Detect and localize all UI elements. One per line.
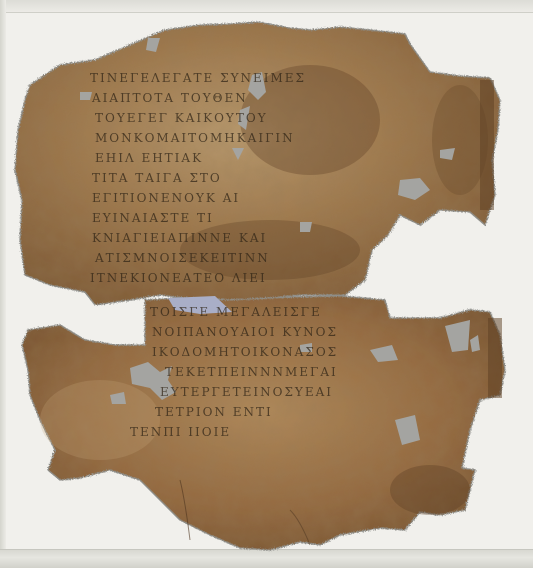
display-frame: ΤΙΝΕΓΕΛΕΓΑΤΕ ΣΥΝΕΙΜΕΣ ΑΙΑΠΤΟΤΑ ΤΟΥΘΕΝ ΤΟ… (0, 0, 533, 568)
svg-text:ΤΟΥΕΓΕΓ ΚΑΙΚΟΥΤΟΥ: ΤΟΥΕΓΕΓ ΚΑΙΚΟΥΤΟΥ (95, 111, 268, 125)
svg-text:ΤΕΤΡΙΟΝ ΕΝΤΙ: ΤΕΤΡΙΟΝ ΕΝΤΙ (155, 405, 273, 419)
svg-text:ΤΙΤΑ ΤΑΙΓΑ ΣΤΟ: ΤΙΤΑ ΤΑΙΓΑ ΣΤΟ (92, 171, 222, 185)
svg-text:ΕΓΙΤΙΟΝΕΝΟΥΚ ΑΙ: ΕΓΙΤΙΟΝΕΝΟΥΚ ΑΙ (92, 191, 240, 205)
svg-text:ΚΝΙΑΓΙΕΙΑΠΙΝΝΕ ΚΑΙ: ΚΝΙΑΓΙΕΙΑΠΙΝΝΕ ΚΑΙ (92, 231, 267, 245)
svg-text:ΤΕΝΠΙ ΙΙΟΙΕ: ΤΕΝΠΙ ΙΙΟΙΕ (130, 425, 231, 439)
svg-text:ΙΚΟΔΟΜΗΤΟΙΚΟΝΑΣΟΣ: ΙΚΟΔΟΜΗΤΟΙΚΟΝΑΣΟΣ (152, 345, 338, 359)
manuscript-fragments: ΤΙΝΕΓΕΛΕΓΑΤΕ ΣΥΝΕΙΜΕΣ ΑΙΑΠΤΟΤΑ ΤΟΥΘΕΝ ΤΟ… (0, 0, 533, 568)
svg-text:ΙΤΝΕΚΙΟΝΕΑΤΕΟ ΛΙΕΙ: ΙΤΝΕΚΙΟΝΕΑΤΕΟ ΛΙΕΙ (90, 271, 267, 285)
svg-text:ΤΕΚΕΤΠΕΙΝΝΝΜΕΓΑΙ: ΤΕΚΕΤΠΕΙΝΝΝΜΕΓΑΙ (165, 365, 338, 379)
svg-text:ΤΟΙΣΓΕ ΜΕΓΑΛΕΙΣΓΕ: ΤΟΙΣΓΕ ΜΕΓΑΛΕΙΣΓΕ (150, 305, 322, 319)
svg-text:ΤΙΝΕΓΕΛΕΓΑΤΕ ΣΥΝΕΙΜΕΣ: ΤΙΝΕΓΕΛΕΓΑΤΕ ΣΥΝΕΙΜΕΣ (90, 71, 306, 85)
svg-text:ΑΙΑΠΤΟΤΑ ΤΟΥΘΕΝ: ΑΙΑΠΤΟΤΑ ΤΟΥΘΕΝ (91, 91, 248, 105)
svg-text:ΑΤΙΣΜΝΟΙΣΕΚΕΙΤΙΝΝ: ΑΤΙΣΜΝΟΙΣΕΚΕΙΤΙΝΝ (94, 251, 270, 265)
svg-text:ΕΥΤΕΡΓΕΤΕΙΝΟΣΥΕΑΙ: ΕΥΤΕΡΓΕΤΕΙΝΟΣΥΕΑΙ (160, 385, 333, 399)
svg-text:ΜΟΝΚΟΜΑΙΤΟΜΗΚΑΙΓΙΝ: ΜΟΝΚΟΜΑΙΤΟΜΗΚΑΙΓΙΝ (95, 131, 295, 145)
svg-text:ΝΟΙΠΑΝΟΥΑΙΟΙ ΚΥΝΟΣ: ΝΟΙΠΑΝΟΥΑΙΟΙ ΚΥΝΟΣ (152, 325, 338, 339)
svg-text:ΕΗΙΛ ΕΗΤΙΑΚ: ΕΗΙΛ ΕΗΤΙΑΚ (95, 151, 203, 165)
svg-text:ΕΥΙΝΑΙΑΣΤΕ ΤΙ: ΕΥΙΝΑΙΑΣΤΕ ΤΙ (92, 211, 214, 225)
